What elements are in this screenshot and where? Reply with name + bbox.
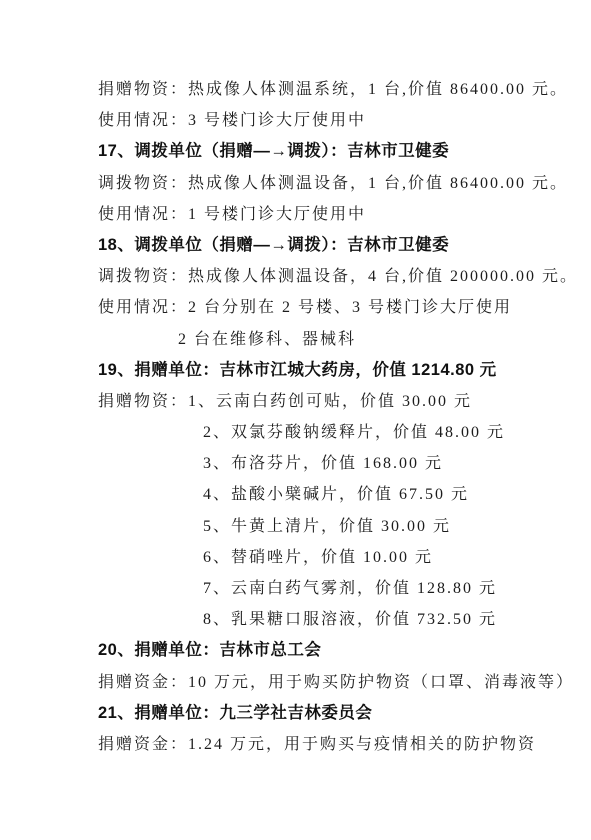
doc-body-line: 调拨物资：热成像人体测温设备，4 台,价值 200000.00 元。 <box>98 261 571 292</box>
doc-body-line: 使用情况：2 台分别在 2 号楼、3 号楼门诊大厅使用 <box>98 292 571 323</box>
doc-body-line: 3、布洛芬片，价值 168.00 元 <box>98 448 571 479</box>
doc-body-line: 5、牛黄上清片，价值 30.00 元 <box>98 511 571 542</box>
doc-body-line: 捐赠资金：10 万元，用于购买防护物资（口罩、消毒液等） <box>98 667 571 698</box>
doc-body-line: 捐赠物资：1、云南白药创可贴，价值 30.00 元 <box>98 386 571 417</box>
doc-heading-line: 21、捐赠单位：九三学社吉林委员会 <box>98 698 571 729</box>
doc-body-line: 捐赠物资：热成像人体测温系统，1 台,价值 86400.00 元。 <box>98 74 571 105</box>
doc-body-line: 8、乳果糖口服溶液，价值 732.50 元 <box>98 604 571 635</box>
doc-body-line: 使用情况：1 号楼门诊大厅使用中 <box>98 199 571 230</box>
doc-body-line: 2、双氯芬酸钠缓释片，价值 48.00 元 <box>98 417 571 448</box>
doc-body-line: 4、盐酸小檗碱片，价值 67.50 元 <box>98 479 571 510</box>
doc-body-line: 捐赠资金：1.24 万元，用于购买与疫情相关的防护物资 <box>98 729 571 760</box>
document-page: 捐赠物资：热成像人体测温系统，1 台,价值 86400.00 元。使用情况：3 … <box>0 0 591 840</box>
doc-heading-line: 17、调拨单位（捐赠—→调拨）：吉林市卫健委 <box>98 136 571 167</box>
document-content: 捐赠物资：热成像人体测温系统，1 台,价值 86400.00 元。使用情况：3 … <box>98 74 571 760</box>
doc-body-line: 6、替硝唑片，价值 10.00 元 <box>98 542 571 573</box>
doc-heading-line: 20、捐赠单位：吉林市总工会 <box>98 635 571 666</box>
doc-heading-line: 18、调拨单位（捐赠—→调拨）：吉林市卫健委 <box>98 230 571 261</box>
doc-body-line: 7、云南白药气雾剂，价值 128.80 元 <box>98 573 571 604</box>
doc-body-line: 使用情况：3 号楼门诊大厅使用中 <box>98 105 571 136</box>
doc-body-line: 调拨物资：热成像人体测温设备，1 台,价值 86400.00 元。 <box>98 168 571 199</box>
doc-heading-line: 19、捐赠单位：吉林市江城大药房，价值 1214.80 元 <box>98 355 571 386</box>
doc-body-line: 2 台在维修科、器械科 <box>98 324 571 355</box>
